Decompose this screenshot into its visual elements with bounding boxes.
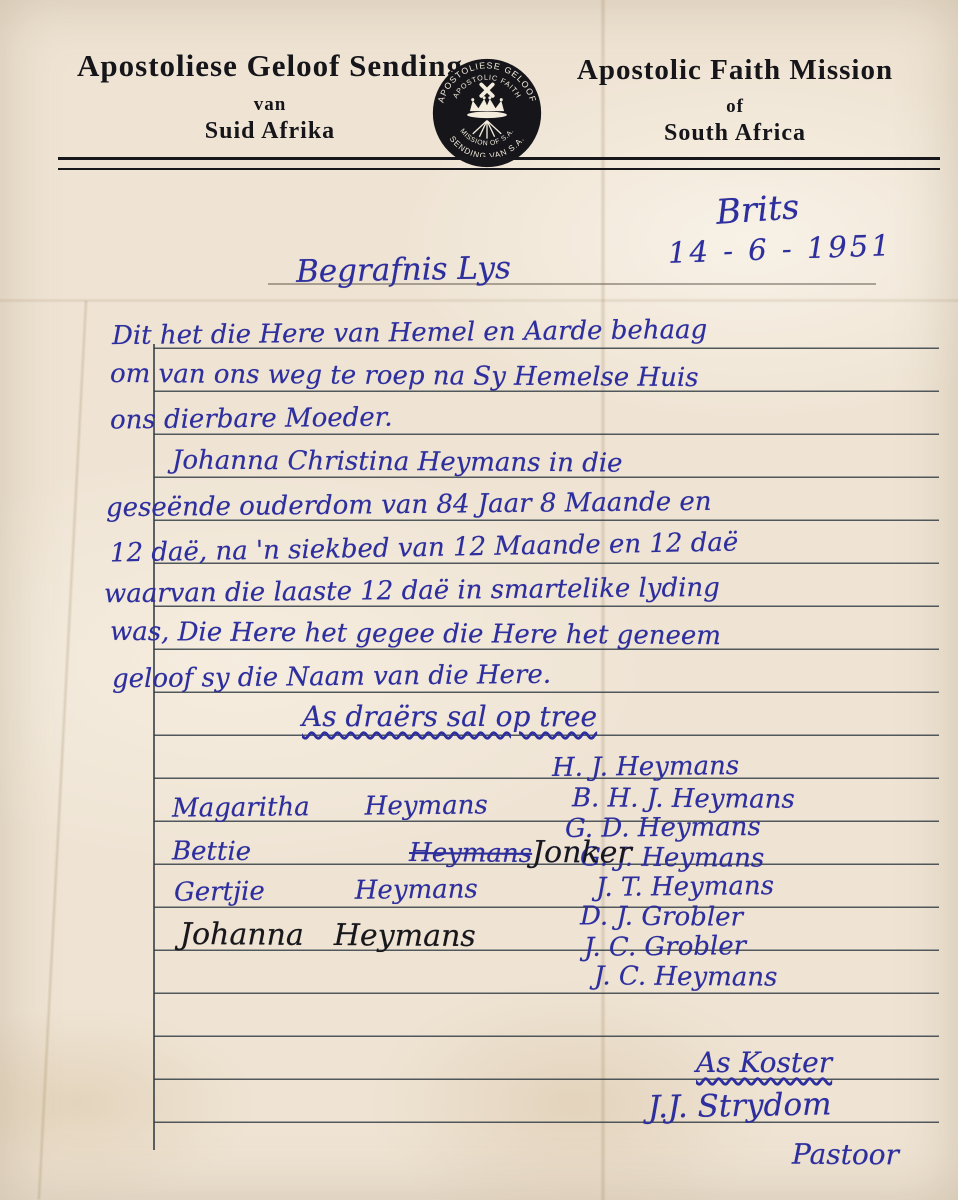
bearer-name-row: BettieHeymansJonker <box>172 832 632 870</box>
paper-crease <box>36 300 88 1199</box>
letterhead-left-country: Suid Afrika <box>55 118 485 145</box>
bearer-name: J. C. Grobler <box>584 931 746 963</box>
mission-seal: APOSTOLIESE GELOOF APOSTOLIC FAITH SENDI… <box>430 56 544 170</box>
handwritten-place: Brits <box>715 187 801 233</box>
pastor-signature: J.J. Strydom <box>648 1086 832 1125</box>
letterhead-right-title: Apostolic Faith Mission <box>545 54 925 87</box>
bearer-last-name: Heymans <box>355 874 478 905</box>
bearer-name: B. H. J. Heymans <box>572 783 795 815</box>
body-line: om van ons weg te roep na Sy Hemelse Hui… <box>110 359 699 393</box>
bearer-first-name: Magaritha <box>172 792 310 823</box>
paper-crease <box>0 298 958 303</box>
koster-heading: As Koster <box>696 1046 832 1079</box>
letterhead-left-title: Apostoliese Geloof Sending <box>55 48 485 84</box>
bearer-name: J. T. Heymans <box>596 871 774 903</box>
letterhead-divider <box>58 157 940 170</box>
bearer-first-name: Bettie <box>172 836 251 867</box>
bearer-name-row: MagarithaHeymans <box>172 790 488 823</box>
bearer-name: D. J. Grobler <box>580 901 743 932</box>
letterhead-right-country: South Africa <box>545 120 925 147</box>
bearer-first-name: Johanna <box>180 917 304 953</box>
body-line: was, Die Here het gegee die Here het gen… <box>110 617 721 651</box>
body-line: Johanna Christina Heymans in die <box>172 445 623 478</box>
body-line: geseënde ouderdom van 84 Jaar 8 Maande e… <box>106 487 712 523</box>
bearer-name-row: JohannaHeymans <box>180 917 476 954</box>
bearer-struck-surname: Heymans <box>409 838 532 869</box>
margin-line <box>153 344 155 1150</box>
body-line: geloof sy die Naam van die Here. <box>112 660 551 695</box>
letterhead-left-van: van <box>55 94 485 116</box>
bearer-last-name: Heymans <box>365 790 488 821</box>
bearer-first-name: Gertjie <box>174 877 265 908</box>
bearer-name: J. C. Heymans <box>594 961 778 992</box>
bearers-heading: As draërs sal op tree <box>302 700 597 733</box>
letterhead-right-of: of <box>545 96 925 118</box>
signature-role: Pastoor <box>792 1138 899 1172</box>
body-line: ons dierbare Moeder. <box>110 403 393 436</box>
bearer-corrected-surname: Jonker <box>532 835 632 871</box>
letter-title: Begrafnis Lys <box>296 250 511 290</box>
bearer-name-row: GertjieHeymans <box>174 874 478 907</box>
handwritten-date: 14 - 6 - 1951 <box>667 228 893 270</box>
bearer-name: H. J. Heymans <box>552 751 739 783</box>
body-line: Dit het die Here van Hemel en Aarde beha… <box>112 315 707 351</box>
body-line: 12 daë, na 'n siekbed van 12 Maande en 1… <box>110 528 739 569</box>
bearer-last-name: Heymans <box>334 918 476 954</box>
body-line: waarvan die laaste 12 daë in smartelike … <box>104 573 720 609</box>
letter-page: Apostoliese Geloof Sending van Suid Afri… <box>0 0 958 1200</box>
